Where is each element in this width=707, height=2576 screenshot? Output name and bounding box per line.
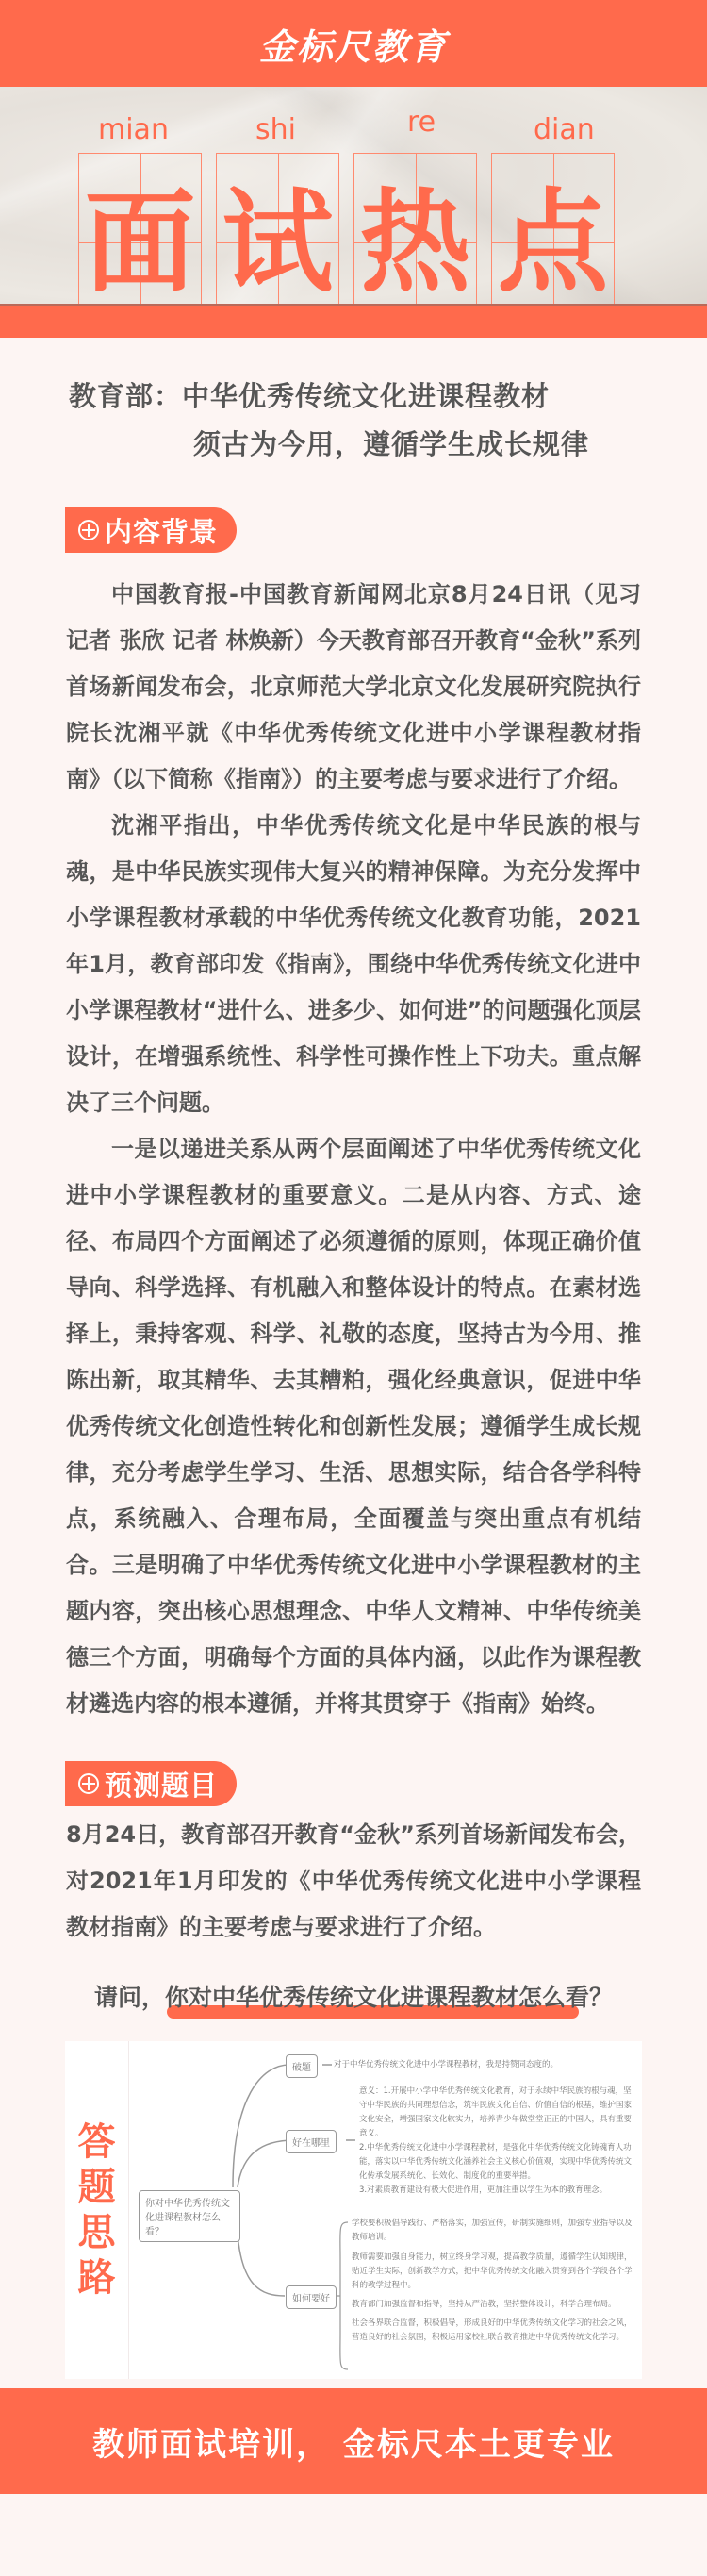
headline-line-2: 须古为今用，遵循学生成长规律 — [0, 424, 707, 462]
mindmap-item: 教育部门加强监督和指导，坚持从严治教，坚持整体设计，科学合理布局。 — [352, 2298, 634, 2312]
prediction-body: 8月24日，教育部召开教育“金秋”系列首场新闻发布会，对2021年1月印发的《中… — [0, 1812, 707, 1951]
side-char: 答 — [78, 2119, 116, 2165]
crosshair-icon — [78, 1773, 99, 1794]
char-cell: 试 — [216, 153, 339, 304]
paragraph: 中国教育报-中国教育新闻网北京8月24日讯（见习记者 张欣 记者 林焕新）今天教… — [66, 572, 641, 803]
hero-banner: mian shi re dian 面 试 热 点 — [0, 87, 707, 304]
paragraph: 沈湘平指出，中华优秀传统文化是中华民族的根与魂，是中华民族实现伟大复兴的精神保障… — [66, 803, 641, 1126]
brand-logo-text: 金标尺教育 — [259, 18, 448, 70]
background-section: 内容背景 中国教育报-中国教育新闻网北京8月24日讯（见习记者 张欣 记者 林焕… — [0, 507, 707, 1727]
mindmap-branch-label: 如何要好 — [286, 2285, 337, 2309]
question-highlight: 你对中华优秀传统文化进课程教材怎么看？ — [165, 1979, 613, 2013]
pinyin-mian: mian — [98, 113, 169, 146]
brand-header: 金标尺教育 — [0, 0, 707, 87]
section-tag-prediction: 预测题目 — [65, 1761, 237, 1806]
section-tag-background: 内容背景 — [65, 507, 237, 553]
article-headline: 教育部：中华优秀传统文化进课程教材 须古为今用，遵循学生成长规律 — [0, 338, 707, 462]
side-char: 路 — [78, 2255, 116, 2301]
footer-banner: 教师面试培训， 金标尺本土更专业 — [0, 2388, 707, 2494]
hero-char: 面 — [84, 187, 195, 298]
background-body: 中国教育报-中国教育新闻网北京8月24日讯（见习记者 张欣 记者 林焕新）今天教… — [0, 572, 707, 1727]
char-cell: 点 — [491, 153, 615, 304]
mindmap-item: 教师需要加强自身能力，树立终身学习观，提高教学质量，遵循学生认知规律，贴近学生实… — [352, 2251, 634, 2293]
mindmap-side-label: 答 题 思 路 — [65, 2041, 129, 2379]
answer-mindmap: 答 题 思 路 你对中华优秀传统文化进课程教材怎么看？ 破题 对于中华优秀传统文… — [65, 2041, 642, 2379]
pinyin-dian: dian — [534, 113, 595, 146]
paragraph: 8月24日，教育部召开教育“金秋”系列首场新闻发布会，对2021年1月印发的《中… — [66, 1812, 641, 1951]
pinyin-shi: shi — [255, 113, 296, 146]
side-char: 思 — [78, 2210, 116, 2255]
paragraph: 一是以递进关系从两个层面阐述了中华优秀传统文化进中小学课程教材的重要意义。二是从… — [66, 1126, 641, 1727]
hero-char: 点 — [497, 187, 608, 298]
section-title: 预测题目 — [105, 1765, 218, 1803]
mindmap-branch-label: 破题 — [286, 2054, 318, 2078]
mindmap-item: 社会各界联合监督，积极倡导，形成良好的中华优秀传统文化学习的社会之风，营造良好的… — [352, 2317, 634, 2345]
question-prefix: 请问， — [94, 1984, 165, 2011]
crosshair-icon — [78, 520, 99, 540]
interview-question: 请问，你对中华优秀传统文化进课程教材怎么看？ — [0, 1979, 707, 2013]
mindmap-branch-text: 意义：1.开展中小学中华优秀传统文化教育，对于永续中华民族的根与魂，坚守中华民族… — [359, 2085, 634, 2198]
accent-stripe — [0, 306, 707, 338]
mindmap-root: 你对中华优秀传统文化进课程教材怎么看？ — [139, 2190, 240, 2242]
mindmap-branch-label: 好在哪里 — [286, 2130, 337, 2153]
section-title: 内容背景 — [105, 511, 218, 550]
prediction-section: 预测题目 8月24日，教育部召开教育“金秋”系列首场新闻发布会，对2021年1月… — [0, 1761, 707, 2013]
mindmap-branch-text: 对于中华优秀传统文化进中小学课程教材，我是持赞同态度的。 — [334, 2058, 635, 2072]
headline-line-1: 教育部：中华优秀传统文化进课程教材 — [0, 375, 707, 414]
side-char: 题 — [78, 2165, 116, 2210]
hero-char: 试 — [222, 187, 333, 298]
char-cell: 面 — [78, 153, 202, 304]
mindmap-area: 你对中华优秀传统文化进课程教材怎么看？ 破题 对于中华优秀传统文化进中小学课程教… — [129, 2041, 642, 2379]
hero-char: 热 — [359, 187, 470, 298]
pinyin-re: re — [407, 106, 436, 139]
footer-slogan: 教师面试培训， 金标尺本土更专业 — [92, 2418, 615, 2465]
pinyin-row: mian shi re dian — [0, 106, 707, 143]
char-cell: 热 — [353, 153, 477, 304]
mindmap-item: 学校要积极倡导践行、严格落实，加强宣传，研制实施细则，加强专业指导以及教师培训。 — [352, 2217, 634, 2245]
character-grid: 面 试 热 点 — [78, 153, 615, 304]
